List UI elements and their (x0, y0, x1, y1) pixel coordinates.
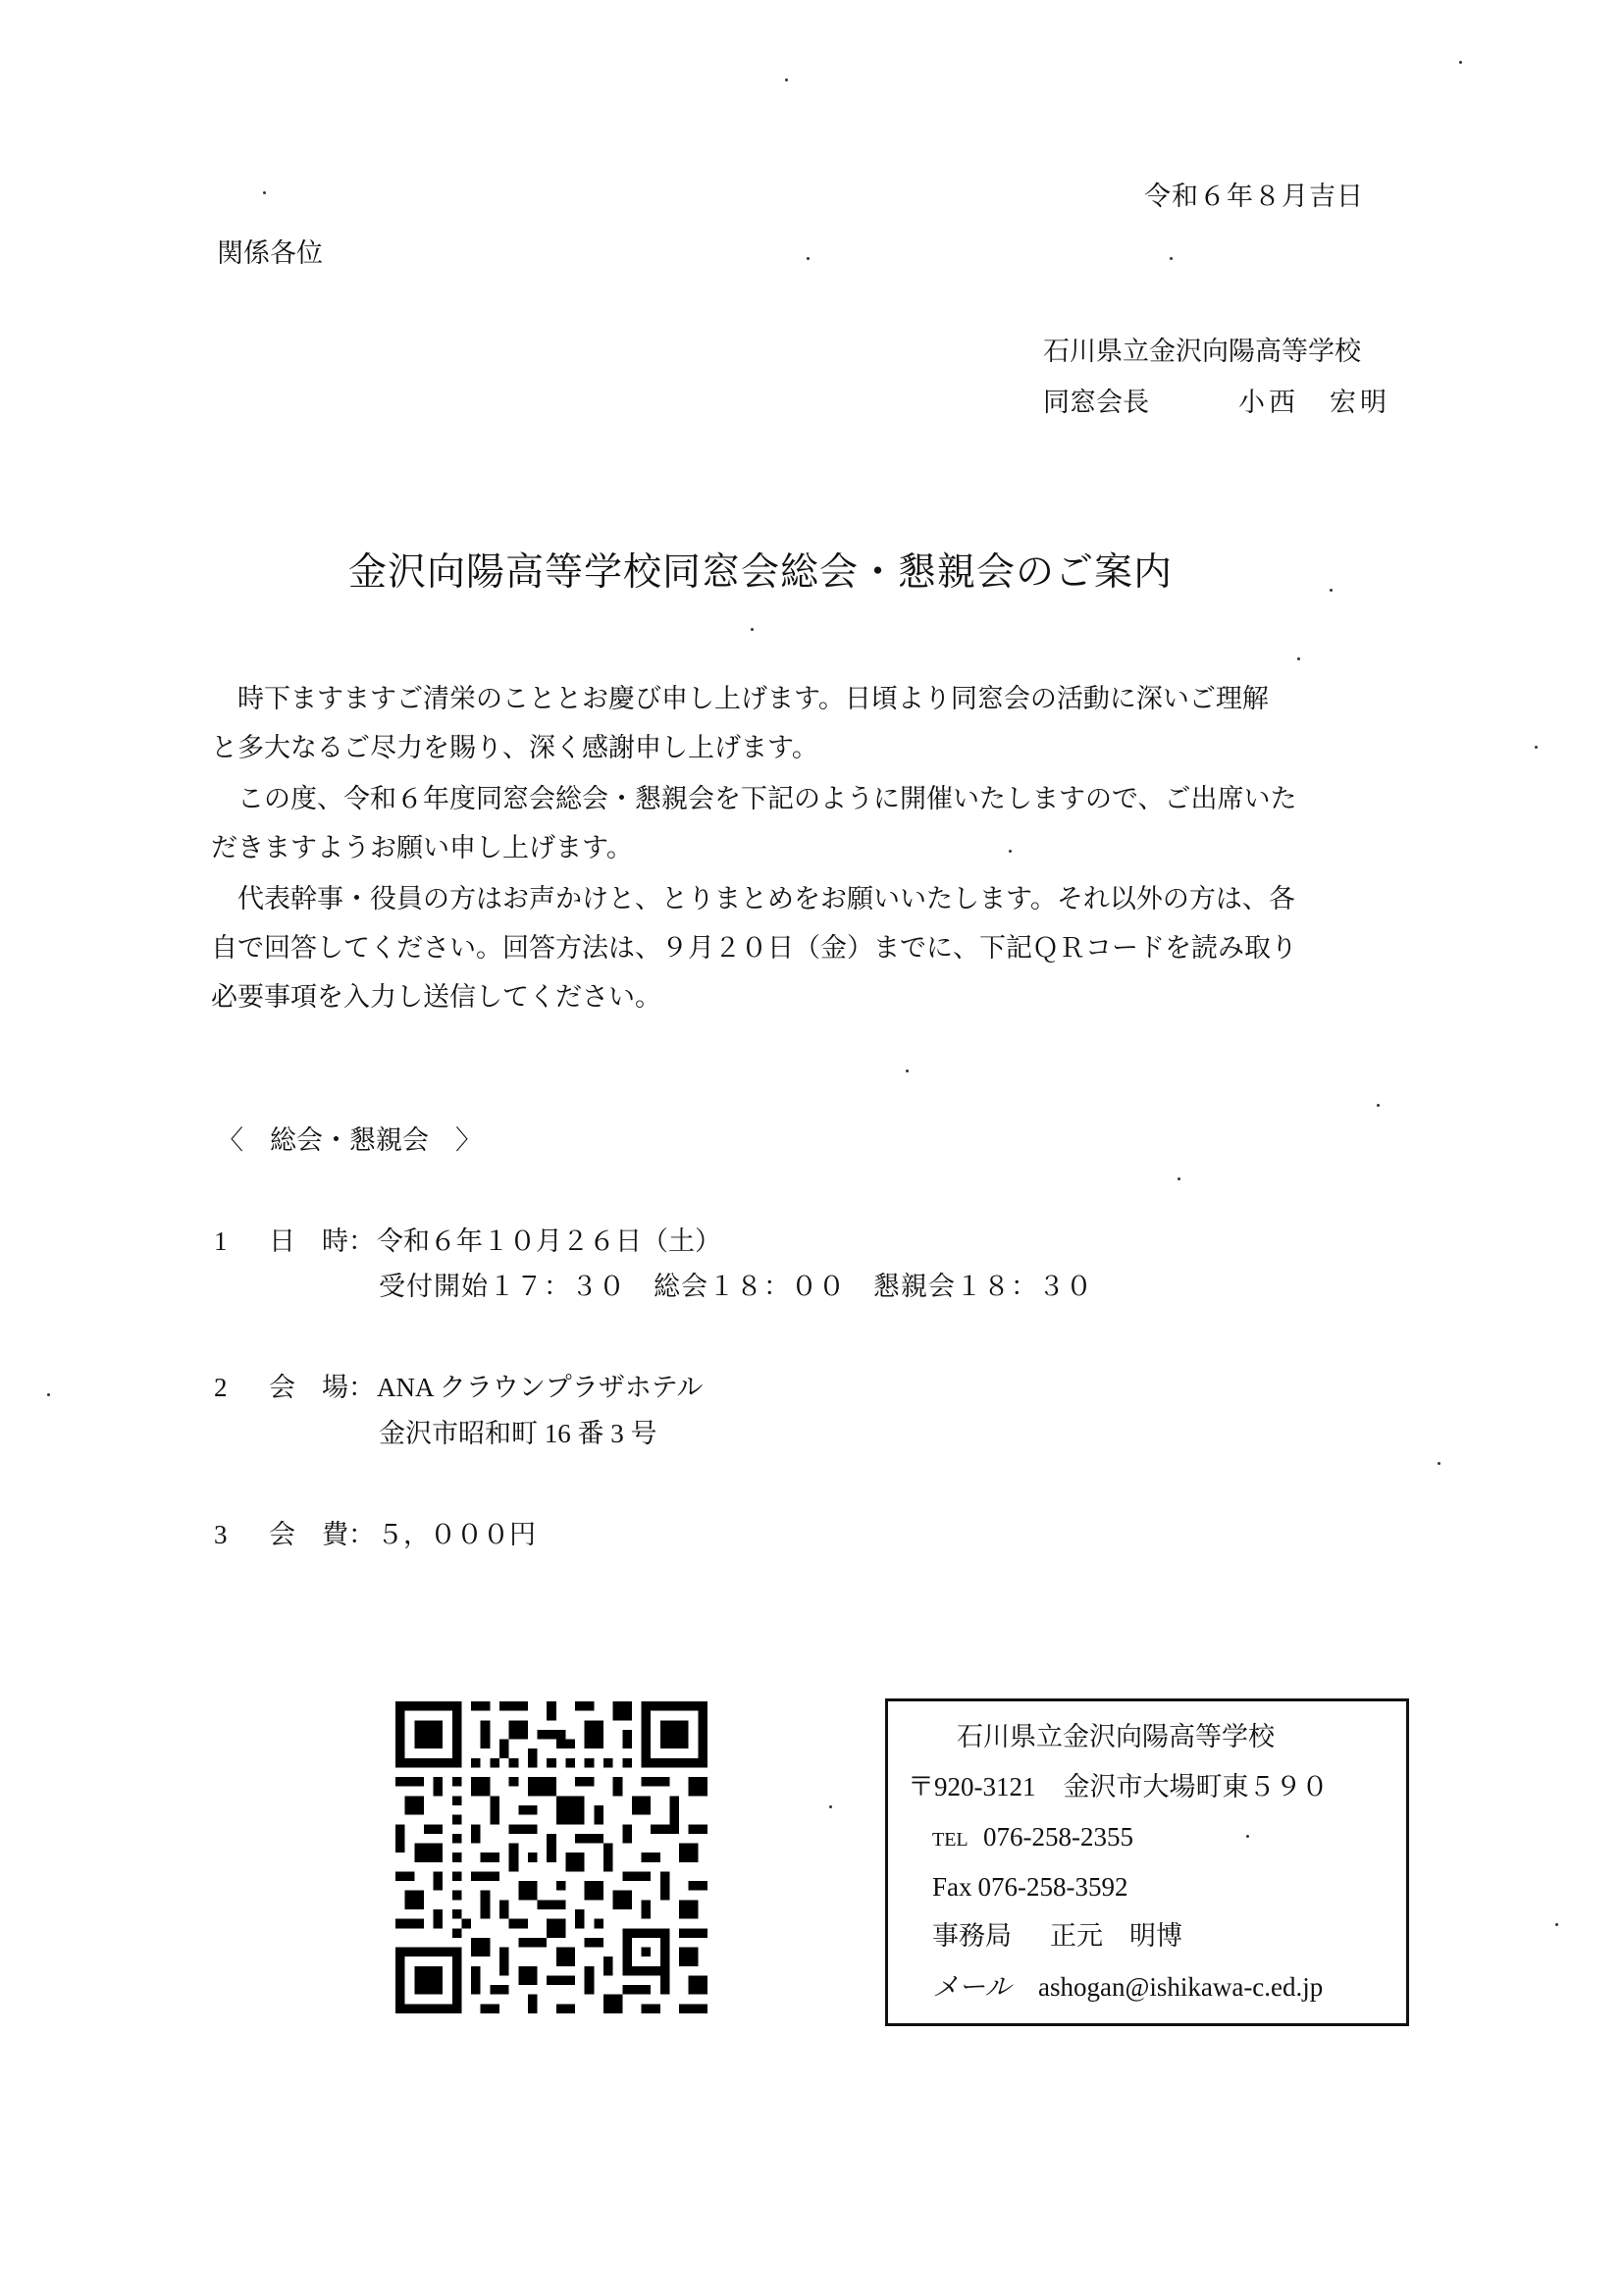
tel-number[interactable]: 076-258-2355 (983, 1822, 1133, 1852)
item-label: 日 時： (269, 1226, 377, 1259)
item-number: 3 (214, 1518, 269, 1551)
item-value: 令和６年１０月２６日（土） (377, 1226, 721, 1257)
qr-code-icon[interactable] (395, 1699, 707, 2015)
scan-speck (1330, 589, 1333, 592)
fax-label: Fax (932, 1870, 972, 1904)
body-paragraph: この度、令和６年度同窓会総会・懇親会を下記のように開催いたしますので、ご出席いた… (211, 775, 1388, 873)
recipients: 関係各位 (217, 237, 323, 271)
document-date: 令和６年８月吉日 (1144, 181, 1364, 214)
contact-tel: TEL076-258-2355 (932, 1820, 1133, 1856)
scan-speck (1535, 746, 1538, 749)
scan-speck (263, 191, 266, 194)
paragraph-line: 代表幹事・役員の方はお声かけと、とりまとめをお願いいたします。それ以外の方は、各 (211, 875, 1388, 924)
scan-speck (1009, 850, 1012, 853)
fax-number: 076-258-3592 (978, 1872, 1128, 1902)
scan-speck (1438, 1462, 1440, 1465)
body-paragraph: 時下ますますご清栄のこととお慶び申し上げます。日頃より同窓会の活動に深いご理解 … (211, 675, 1388, 773)
contact-fax: Fax076-258-3592 (932, 1870, 1127, 1904)
detail-item-datetime: 1日 時：令和６年１０月２６日（土） (214, 1225, 721, 1259)
mail-label: メール (932, 1971, 1038, 2005)
scan-speck (1170, 257, 1173, 260)
scan-speck (785, 78, 788, 81)
contact-school: 石川県立金沢向陽高等学校 (957, 1721, 1275, 1754)
item-subvalue: 受付開始１７：３０ 総会１８：００ 懇親会１８：３０ (379, 1271, 1093, 1304)
contact-mail: メールashogan@ishikawa-c.ed.jp (932, 1970, 1323, 2005)
paragraph-line: 必要事項を入力し送信してください。 (211, 973, 1388, 1022)
scan-speck (751, 628, 754, 631)
contact-address: 〒920-3121金沢市大場町東５９０ (908, 1770, 1329, 1804)
contact-box: 石川県立金沢向陽高等学校 〒920-3121金沢市大場町東５９０ TEL076-… (885, 1698, 1409, 2026)
paragraph-line: この度、令和６年度同窓会総会・懇親会を下記のように開催いたしますので、ご出席いた (211, 775, 1388, 824)
scan-speck (1377, 1104, 1380, 1107)
scan-speck (1297, 657, 1300, 660)
paragraph-line: だきますようお願い申し上げます。 (211, 824, 1388, 873)
scan-speck (807, 257, 810, 260)
office-label: 事務局 (932, 1920, 1038, 1954)
sender-school: 石川県立金沢向陽高等学校 (1043, 336, 1361, 369)
item-number: 1 (214, 1225, 269, 1258)
item-subvalue: 金沢市昭和町 16 番 3 号 (379, 1417, 657, 1450)
postal-code: 〒920-3121 (908, 1772, 1036, 1801)
detail-item-venue: 2会 場：ANA クラウンプラザホテル (214, 1371, 703, 1405)
paragraph-line: 時下ますますご清栄のこととお慶び申し上げます。日頃より同窓会の活動に深いご理解 (211, 675, 1388, 724)
contact-office: 事務局正元 明博 (932, 1920, 1182, 1954)
tel-label: TEL (932, 1823, 983, 1856)
item-label: 会 費： (269, 1519, 377, 1552)
item-value: ５，０００円 (377, 1520, 536, 1550)
scan-speck (1459, 61, 1462, 64)
item-number: 2 (214, 1371, 269, 1404)
section-heading: 〈 総会・懇親会 〉 (217, 1124, 482, 1158)
detail-item-fee: 3会 費：５，０００円 (214, 1518, 536, 1552)
sender-name: 小西 宏明 (1238, 387, 1390, 420)
item-value: ANA クラウンプラザホテル (377, 1373, 703, 1402)
scan-speck (1178, 1177, 1180, 1180)
scan-speck (1246, 1835, 1249, 1838)
sender-role: 同窓会長 (1043, 387, 1149, 420)
office-contact-name: 正元 明博 (1050, 1921, 1182, 1952)
scan-speck (906, 1070, 909, 1072)
body-paragraph: 代表幹事・役員の方はお声かけと、とりまとめをお願いいたします。それ以外の方は、各… (211, 875, 1388, 1022)
scan-speck (47, 1393, 50, 1396)
paragraph-line: 自で回答してください。回答方法は、９月２０日（金）までに、下記ＱＲコードを読み取… (211, 924, 1388, 973)
item-label: 会 場： (269, 1372, 377, 1405)
street-address: 金沢市大場町東５９０ (1064, 1772, 1329, 1802)
email-link[interactable]: ashogan@ishikawa-c.ed.jp (1038, 1972, 1323, 2002)
page-title: 金沢向陽高等学校同窓会総会・懇親会のご案内 (348, 549, 1173, 597)
scan-speck (829, 1805, 832, 1808)
scan-speck (1555, 1923, 1558, 1926)
paragraph-line: と多大なるご尽力を賜り、深く感謝申し上げます。 (211, 724, 1388, 773)
